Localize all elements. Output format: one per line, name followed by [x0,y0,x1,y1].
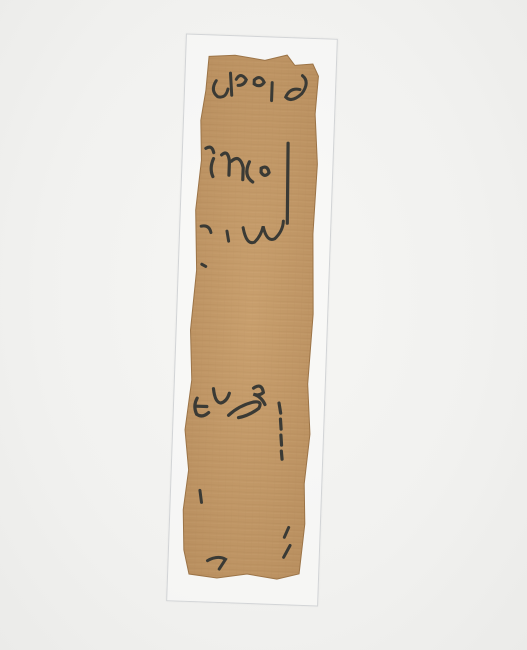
papyrus-drawing [177,50,325,584]
papyrus-fragment [177,50,325,584]
